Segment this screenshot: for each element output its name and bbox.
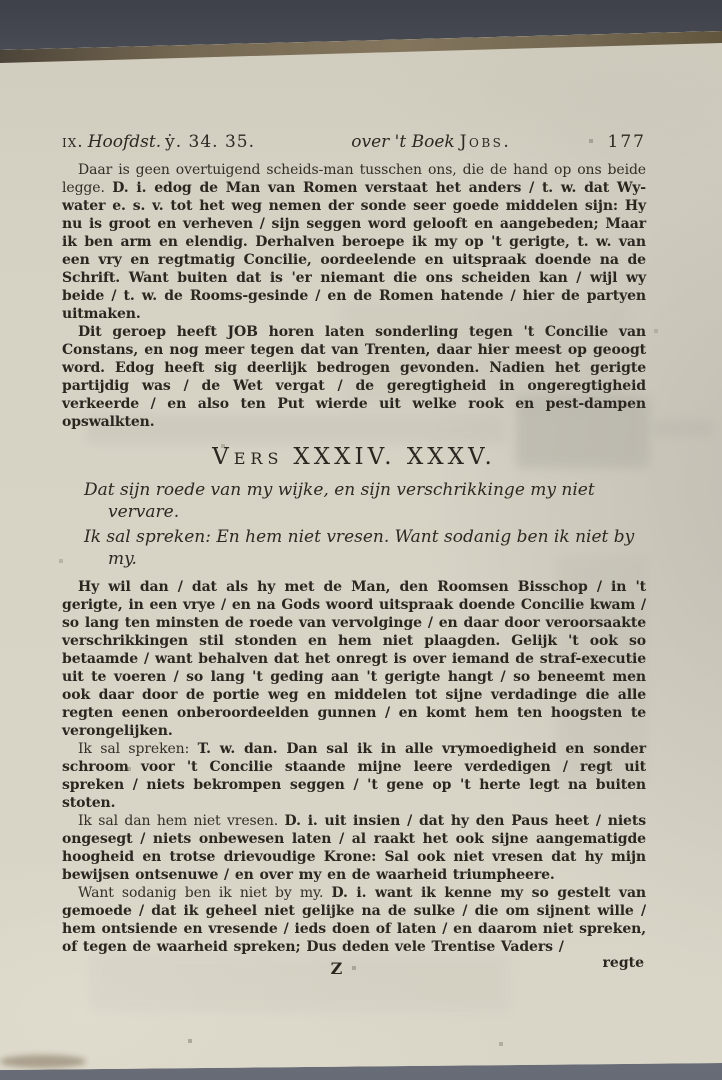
paragraph-6: Want sodanig ben ik niet by my. D. i. wa…: [62, 884, 646, 956]
running-title: over 't BoekJobs.: [255, 132, 608, 152]
photo-background: ix.Hoofdst.ẏ. 34. 35. over 't BoekJobs. …: [0, 0, 722, 1080]
verse-line-1: Dat sijn roede van my wijke, en sijn ver…: [62, 479, 646, 523]
running-title-book: Jobs.: [460, 132, 512, 152]
paragraph-3: Hy wil dan / dat als hy met de Man, den …: [62, 578, 646, 740]
section-heading: VersXXXIV. XXXV.: [62, 444, 646, 470]
signature-mark: Z: [331, 959, 343, 978]
verse-quote-lead: Ik sal spreken:: [78, 741, 198, 757]
text-block: ix.Hoofdst.ẏ. 34. 35. over 't BoekJobs. …: [62, 132, 646, 983]
verse-ref: ẏ. 34. 35.: [165, 132, 255, 152]
paragraph-2: Dit geroep heeft JOB horen laten sonderl…: [62, 323, 646, 431]
page-header: ix.Hoofdst.ẏ. 34. 35. over 't BoekJobs. …: [62, 132, 646, 152]
header-left: ix.Hoofdst.ẏ. 34. 35.: [62, 132, 255, 152]
book-page: ix.Hoofdst.ẏ. 34. 35. over 't BoekJobs. …: [0, 0, 722, 1080]
verse-line-2: Ik sal spreken: En hem niet vresen. Want…: [62, 526, 646, 570]
catchword: regte: [603, 955, 644, 971]
commentary-text: D. i. edog de Man van Romen verstaat het…: [62, 180, 646, 322]
commentary-text: Hy wil dan / dat als hy met de Man, den …: [62, 579, 646, 739]
page-number: 177: [608, 132, 646, 152]
paper-edge-smudge: [0, 1055, 86, 1068]
show-through-marginal-note: [652, 420, 714, 436]
verse-quote-lead: Want sodanig ben ik niet by my.: [78, 885, 332, 901]
chapter-ref: ix.: [62, 132, 84, 152]
running-title-text: over 't Boek: [351, 132, 454, 152]
chapter-title: Hoofdst.: [88, 132, 161, 152]
page-footer: Z regte: [62, 959, 646, 983]
paragraph-5: Ik sal dan hem niet vresen. D. i. uit in…: [62, 812, 646, 884]
verse-quote-lead: Ik sal dan hem niet vresen.: [78, 813, 285, 829]
paragraph-4: Ik sal spreken: T. w. dan. Dan sal ik in…: [62, 740, 646, 812]
verse-quotes: Dat sijn roede van my wijke, en sijn ver…: [62, 479, 646, 570]
paragraph-1: Daar is geen overtuigend scheids-man tus…: [62, 161, 646, 323]
foxing-specks: [0, 0, 2, 2]
commentary-text: Dit geroep heeft JOB horen laten sonderl…: [62, 324, 646, 430]
section-heading-numbers: XXXIV. XXXV.: [293, 444, 495, 470]
section-heading-word: Vers: [212, 444, 283, 470]
